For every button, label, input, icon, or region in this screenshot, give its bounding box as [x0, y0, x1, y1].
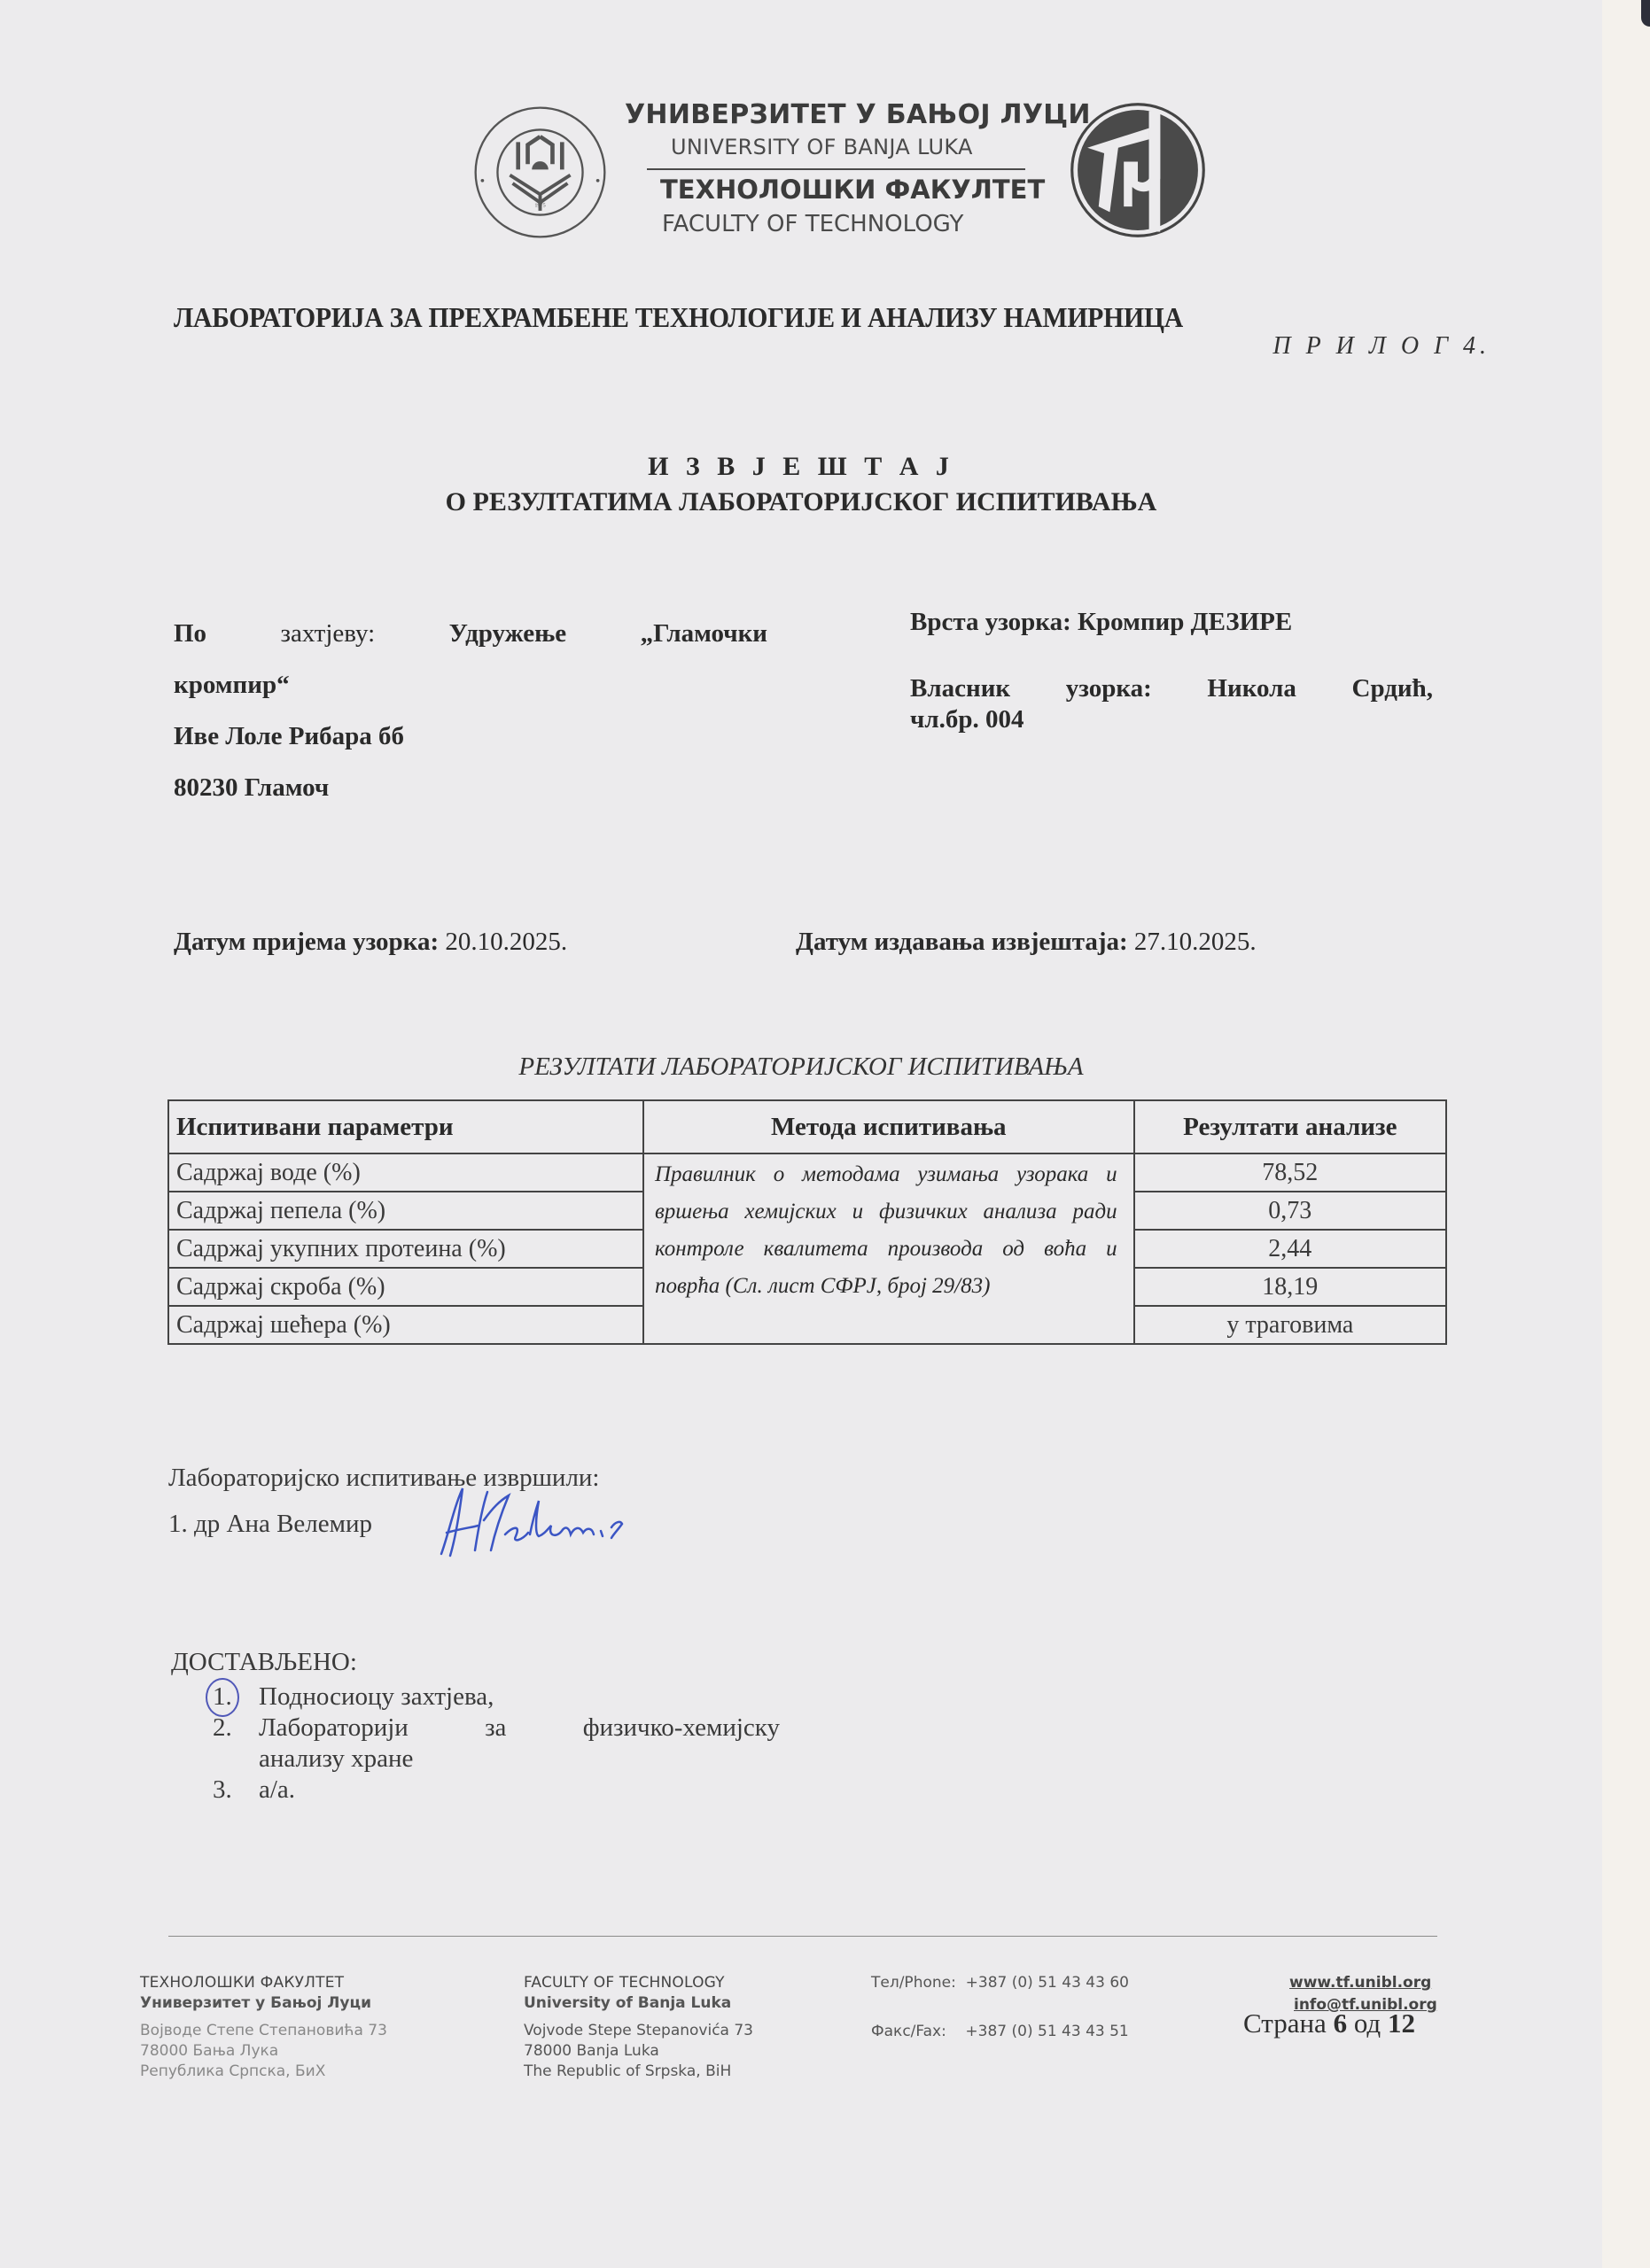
owner-word: узорка: [1066, 674, 1152, 703]
page-number: Страна 6 од 12 [1243, 2008, 1415, 2039]
col-results: Резултати анализе [1134, 1100, 1446, 1153]
date-issued-value: 27.10.2025. [1134, 928, 1257, 956]
list-item-number: 1. [213, 1682, 259, 1713]
scan-corner [1641, 0, 1650, 27]
parameter-cell: Садржај пепела (%) [168, 1192, 643, 1230]
parameter-cell: Садржај воде (%) [168, 1153, 643, 1192]
parameter-cell: Садржај скроба (%) [168, 1268, 643, 1306]
owner-word: Срдић, [1352, 674, 1433, 703]
date-issued-label: Датум издавања извјештаја: [796, 928, 1128, 956]
sample-owner: Власник узорка: Никола Срдић, [910, 674, 1433, 703]
scan-edge [1602, 0, 1650, 2268]
sample-type: Врста узорка: Кромпир ДЕЗИРЕ [910, 608, 1433, 637]
date-received-value: 20.10.2025. [445, 928, 567, 956]
sample-owner-member-no: чл.бр. 004 [910, 705, 1433, 734]
result-cell: у траговима [1134, 1306, 1446, 1344]
delivered-label: ДОСТАВЉЕНО: [171, 1648, 357, 1677]
footer-faculty-lat: FACULTY OF TECHNOLOGY [524, 1973, 753, 1993]
parameter-cell: Садржај шећера (%) [168, 1306, 643, 1344]
requester-org-1: Удружење [449, 608, 567, 659]
laboratory-name: ЛАБОРАТОРИЈА ЗА ПРЕХРАМБЕНЕ ТЕХНОЛОГИЈЕ … [174, 301, 1183, 334]
requester-org-3: кромпир“ [174, 659, 767, 711]
faculty-name-cyrillic: ТЕХНОЛОШКИ ФАКУЛТЕТ [660, 175, 1045, 205]
report-title: И З В Ј Е Ш Т А Ј [0, 452, 1602, 482]
requester-label: По [174, 608, 206, 659]
date-received-label: Датум пријема узорка: [174, 928, 439, 956]
parameter-cell: Садржај укупних протеина (%) [168, 1230, 643, 1268]
university-seal-icon: 1975 [471, 104, 609, 241]
tf-logo-icon [1068, 100, 1208, 240]
col-parameters: Испитивани параметри [168, 1100, 643, 1153]
owner-word: Никола [1207, 674, 1296, 703]
svg-text:1975: 1975 [534, 202, 545, 208]
header-divider [647, 168, 1025, 170]
result-cell: 2,44 [1134, 1230, 1446, 1268]
result-cell: 18,19 [1134, 1268, 1446, 1306]
list-item-line: Лабораторији за физичко-хемијску [259, 1713, 780, 1744]
requester-block: По захтјеву: Удружење „Гламочки кромпир“… [174, 608, 767, 813]
sample-type-value: Кромпир ДЕЗИРЕ [1078, 608, 1292, 636]
footer-university-lat: University of Banja Luka [524, 1993, 753, 2014]
requester-street: Иве Лоле Рибара бб [174, 711, 767, 762]
footer-latin: FACULTY OF TECHNOLOGY University of Banj… [524, 1973, 753, 2082]
date-received: Датум пријема узорка: 20.10.2025. [174, 928, 567, 957]
footer-address-cyr: Војводе Степе Степановића 73 78000 Бања … [140, 2021, 387, 2082]
university-name-cyrillic: УНИВЕРЗИТЕТ У БАЊОЈ ЛУЦИ [625, 99, 1091, 130]
result-cell: 0,73 [1134, 1192, 1446, 1230]
list-item-text: Лабораторији за физичко-хемијску анализу… [259, 1713, 780, 1775]
handwritten-signature-icon [424, 1481, 654, 1561]
table-row: Садржај воде (%) Правилник о методама уз… [168, 1153, 1446, 1192]
owner-word: Власник [910, 674, 1010, 703]
analyst-name: 1. др Ана Велемир [168, 1510, 372, 1539]
university-name-latin: UNIVERSITY OF BANJA LUKA [671, 135, 973, 159]
sample-block: Врста узорка: Кромпир ДЕЗИРЕ Власник узо… [910, 608, 1433, 734]
footer-divider [168, 1936, 1437, 1937]
requester-label-2: захтјеву: [281, 608, 376, 659]
list-item: 2. Лабораторији за физичко-хемијску анал… [213, 1713, 780, 1775]
date-issued: Датум издавања извјештаја: 27.10.2025. [796, 928, 1257, 957]
footer-phone: Тел/Phone: +387 (0) 51 43 43 60 [871, 1973, 1129, 1993]
col-method: Метода испитивања [643, 1100, 1134, 1153]
footer-cyrillic: ТЕХНОЛОШКИ ФАКУЛТЕТ Универзитет у Бањој … [140, 1973, 387, 2082]
report-subtitle: О РЕЗУЛТАТИМА ЛАБОРАТОРИЈСКОГ ИСПИТИВАЊА [0, 487, 1602, 517]
annex-label: П Р И Л О Г 4. [1273, 332, 1490, 361]
results-table: Испитивани параметри Метода испитивања Р… [167, 1099, 1447, 1345]
list-item-number: 3. [213, 1775, 259, 1806]
footer-university-cyr: Универзитет у Бањој Луци [140, 1993, 387, 2014]
footer-fax: Факс/Fax: +387 (0) 51 43 43 51 [871, 2022, 1129, 2042]
sample-type-label: Врста узорка: [910, 608, 1071, 636]
pen-circle-mark [206, 1678, 239, 1717]
list-item-text: а/а. [259, 1775, 780, 1806]
footer-faculty-cyr: ТЕХНОЛОШКИ ФАКУЛТЕТ [140, 1973, 387, 1993]
result-cell: 78,52 [1134, 1153, 1446, 1192]
list-item-line: анализу хране [259, 1744, 413, 1773]
list-item-number: 2. [213, 1713, 259, 1775]
method-cell: Правилник о методама узимања узорака и в… [643, 1153, 1134, 1344]
requester-org-2: „Гламочки [641, 608, 767, 659]
list-item: 3. а/а. [213, 1775, 780, 1806]
results-caption: РЕЗУЛТАТИ ЛАБОРАТОРИЈСКОГ ИСПИТИВАЊА [0, 1052, 1602, 1082]
delivered-list: 1. Подносиоцу захтјева, 2. Лабораторији … [213, 1682, 780, 1806]
table-header-row: Испитивани параметри Метода испитивања Р… [168, 1100, 1446, 1153]
footer-website-link[interactable]: www.tf.unibl.org [1289, 1973, 1431, 1993]
requester-city: 80230 Гламоч [174, 762, 767, 813]
footer-address-lat: Vojvode Stepe Stepanovića 73 78000 Banja… [524, 2021, 753, 2082]
list-item-text: Подносиоцу захтјева, [259, 1682, 780, 1713]
list-item: 1. Подносиоцу захтјева, [213, 1682, 780, 1713]
faculty-name-latin: FACULTY OF TECHNOLOGY [662, 211, 963, 237]
